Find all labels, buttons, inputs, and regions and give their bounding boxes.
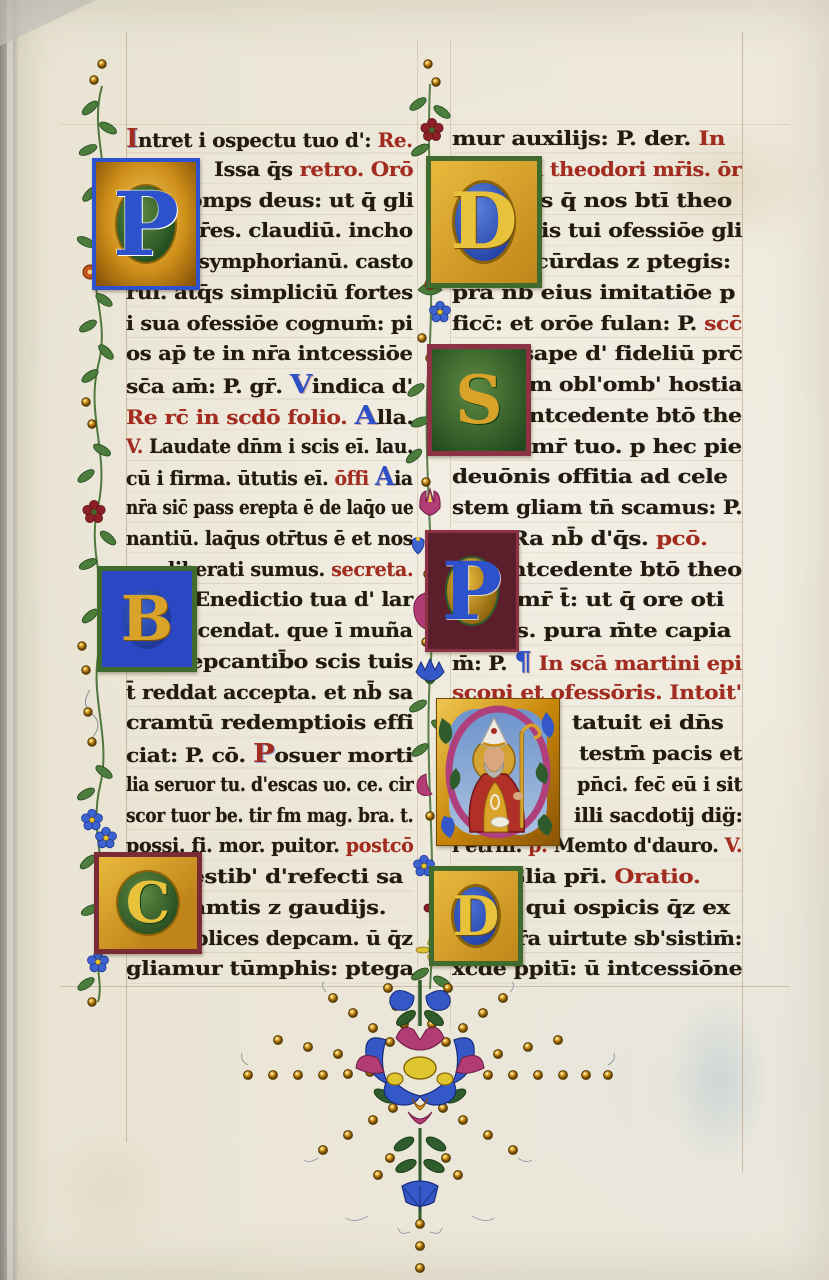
text-line: lia seruor tu. d'escas uo. ce. cir <box>126 770 413 801</box>
body-text: deuōnis offitia ad cele <box>452 465 728 488</box>
rubric-text: retro. Orō <box>300 158 414 181</box>
body-text: omps deus: ut q̄ gli <box>188 189 414 212</box>
body-text: sc̄a am̄: P. gr̄. <box>126 375 290 398</box>
book-edge-strip <box>0 0 7 1280</box>
rubric-text: scc̄ <box>704 312 742 335</box>
blue-flower <box>430 301 451 322</box>
text-line: os ap̄ te in nr̄a intcessiōe <box>126 339 413 370</box>
mitre-gem <box>491 728 497 734</box>
illuminated-initial-D-deus: D <box>426 156 542 288</box>
text-line: sc̄a am̄: P. gr̄. Vindica d' <box>126 370 413 401</box>
body-text: indica d' <box>312 375 413 398</box>
text-line: Re rc̄ in scdō folio. Alla. <box>126 401 413 432</box>
rubric-text: Oratio. <box>614 865 700 888</box>
text-line: ficc̄: et orōe fulan: P. scc̄ <box>452 309 742 340</box>
body-text: cramtū redemptiois effi <box>126 711 413 734</box>
magenta-tulip <box>420 489 440 515</box>
body-text: nr̄a sic̄ pass erepta ē de laq̄o ue <box>126 496 413 519</box>
text-line: nantiū. laq̄us otr̄tus ē et nos <box>126 524 413 555</box>
blue-flower <box>88 951 109 972</box>
blue-carnation <box>416 659 444 684</box>
body-text: ia <box>394 467 413 490</box>
book <box>491 817 509 827</box>
body-text: iestib' d'refecti sa <box>182 865 403 888</box>
rubric-text: In <box>698 127 725 150</box>
historiated-initial-S-saint-martin <box>436 698 560 846</box>
rubric-text: sci theodori mr̄is. ōr <box>512 158 741 181</box>
body-text: lla. <box>377 406 414 429</box>
body-text: ntret i ospectu tuo d': <box>138 129 378 152</box>
rubric-text: ōffi <box>334 467 375 490</box>
body-text: cum obl'omb' hostia <box>500 373 742 396</box>
body-text: cū i firma. ūtutis eī. <box>126 467 334 490</box>
body-text: ficc̄: et orōe fulan: P. <box>452 312 704 335</box>
body-text: osuer morti <box>274 744 413 767</box>
hand <box>513 792 523 800</box>
rubric-text: In scā martini epi <box>532 652 742 675</box>
illuminated-initial-P-presta: P <box>425 530 519 652</box>
illuminated-initial-B-benedictio: B <box>97 566 197 672</box>
body-text: gliamur tūmphis: ptega <box>126 957 414 980</box>
red-flower <box>421 118 443 140</box>
text-line: gliamur tūmphis: ptega <box>126 954 413 985</box>
body-text: Vsape d' fideliū prc̄ <box>504 342 742 365</box>
penwork-initial: A <box>355 401 377 431</box>
rubric-text: Re rc̄ in scdō folio. <box>126 406 355 429</box>
body-text: Ra nb̄ d'q̄s. <box>510 527 656 550</box>
text-line: scor tuor be. tir fm mag. bra. t. <box>126 801 413 832</box>
text-line: stem gliam tn̄ scamus: P. <box>452 493 742 524</box>
body-text: mur auxilijs: P. der. <box>452 127 698 150</box>
blue-flower <box>96 827 117 848</box>
body-text: P <box>253 739 274 769</box>
text-line: mur auxilijs: P. der. In <box>452 124 742 155</box>
body-text: ciat: P. cō. <box>126 744 253 767</box>
bishop-miniature <box>436 698 560 846</box>
body-text: tatuit ei dn̄s <box>572 711 723 734</box>
body-text: illi sacdotij dig̈: <box>574 804 742 827</box>
text-line: nr̄a sic̄ pass erepta ē de laq̄o ue <box>126 493 413 524</box>
illuminated-initial-P-omnipotens: P <box>92 158 200 290</box>
penwork-initial: A <box>375 462 394 492</box>
body-text: scor tuor be. tir fm mag. bra. t. <box>126 804 413 827</box>
body-text: lia seruor tu. d'escas uo. ce. cir <box>126 773 413 796</box>
body-text: i sua ofessiōe cognum̄: pi <box>126 312 413 335</box>
crozier-staff <box>520 732 524 828</box>
text-line: t̄ reddat accepta. et nb̄ sa <box>126 678 413 709</box>
illuminated-initial-S-suscipe: S <box>427 344 531 456</box>
text-line: Intret i ospectu tuo d': Re. <box>126 124 413 155</box>
illuminated-initial-C-celestibus: C <box>94 852 202 954</box>
page-edge-shadow <box>13 0 19 1280</box>
text-line: cramtū redemptiois effi <box>126 708 413 739</box>
body-text: I <box>126 124 138 154</box>
rubric-text: pcō. <box>656 527 708 550</box>
ruling-line-vertical <box>742 32 743 1172</box>
body-text: m̄: P. <box>452 652 514 675</box>
text-line: deuōnis offitia ad cele <box>452 462 742 493</box>
text-line: cū i firma. ūtutis eī. ōffi Aia <box>126 462 413 493</box>
body-text: intcedente btō theo <box>502 558 742 581</box>
body-text: testm̄ pacis et <box>579 742 742 765</box>
illuminated-initial-D-deus-qui-respicis: D <box>429 866 523 966</box>
text-line: i sua ofessiōe cognum̄: pi <box>126 309 413 340</box>
rubric-text: postcō <box>346 834 414 857</box>
body-text: os ap̄ te in nr̄a intcessiōe <box>126 342 413 365</box>
text-line: V. Laudate dn̄m i scis eī. lau. <box>126 432 413 463</box>
central-flower-cluster <box>356 1027 484 1124</box>
body-text: S qui ospicis q̄z ex <box>502 896 730 919</box>
blue-flower <box>82 809 103 830</box>
underlying-page-corner <box>0 0 96 46</box>
body-text: nantiū. laq̄us otr̄tus ē et nos <box>126 527 413 550</box>
bottom-floral-centerpiece <box>218 980 622 1280</box>
rubric-text: V. <box>725 834 742 857</box>
body-text: stem gliam tn̄ scamus: P. <box>452 496 742 519</box>
red-flower <box>83 500 105 522</box>
blue-bellflower <box>412 537 424 554</box>
body-text: Enedictio tua d' lar <box>194 588 413 611</box>
text-line: ciat: P. cō. Posuer morti <box>126 739 413 770</box>
body-text: Issa q̄s <box>214 158 300 181</box>
rubric-text: V. <box>126 435 149 458</box>
parchment-stain <box>40 1120 180 1260</box>
rubric-text: secreta. <box>331 558 413 581</box>
body-text: t̄ reddat accepta. et nb̄ sa <box>126 681 413 704</box>
penwork-initial: V <box>290 370 312 400</box>
show-through-stain <box>668 995 768 1165</box>
body-text: Memto d'dauro. <box>554 834 725 857</box>
manuscript-page: Intret i ospectu tuo d': Re.Issa q̄s ret… <box>0 0 829 1280</box>
body-text: Laudate dn̄m i scis eī. lau. <box>149 435 413 458</box>
rubric-text: Re. <box>378 129 413 152</box>
body-text: pn̄ci. fec̄ eū i sit <box>577 773 742 796</box>
